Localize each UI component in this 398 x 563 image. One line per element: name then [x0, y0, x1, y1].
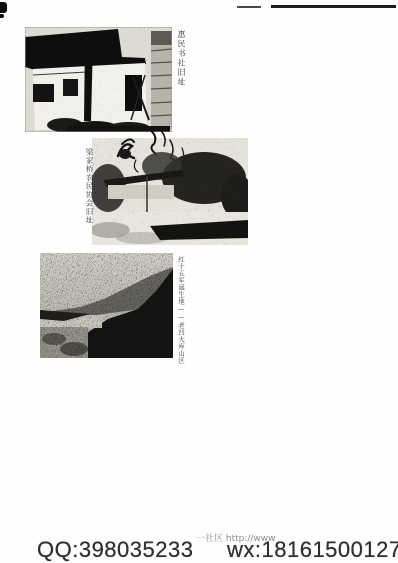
- mountain-photo-art: [40, 253, 173, 358]
- scan-edge-mark: [0, 14, 4, 18]
- old-building-photo-art: [25, 27, 172, 132]
- photo-caption-building-site: 惠民书社旧址: [176, 30, 187, 100]
- photo-caption-army-birthplace: 红十五军诞生地——老凹大库山区: [177, 256, 186, 360]
- farm-photo-art: [92, 126, 248, 246]
- photo-mountain-landscape: [40, 253, 173, 358]
- scanned-book-page: 惠民书社旧址: [0, 0, 398, 563]
- scan-artifact-line-long: [271, 5, 396, 8]
- scan-artifact-line-short: [237, 6, 261, 8]
- watermark-qq-number: QQ:398035233: [37, 537, 193, 563]
- photo-caption-farm-association: 梁家桥农民协会旧址: [84, 148, 95, 240]
- photo-farm-association: [92, 126, 248, 246]
- photo-old-building: [25, 27, 172, 132]
- scan-edge-mark: [0, 2, 7, 13]
- watermark-wx-number: wx:18161500127: [227, 537, 398, 563]
